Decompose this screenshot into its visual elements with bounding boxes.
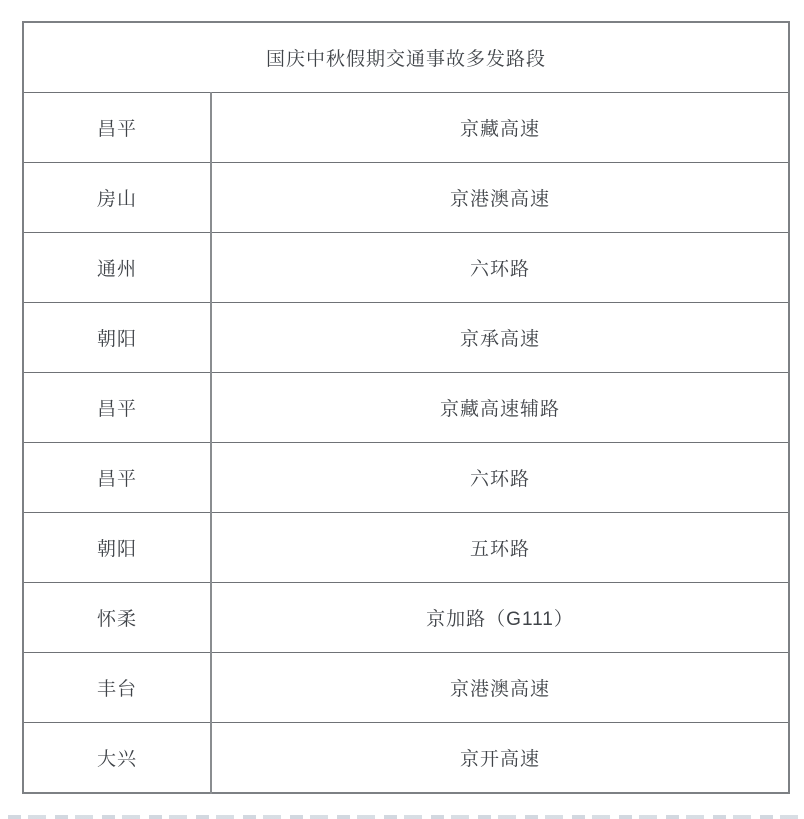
page: 国庆中秋假期交通事故多发路段 昌平京藏高速房山京港澳高速通州六环路朝阳京承高速昌…	[0, 0, 804, 819]
accident-prone-roads-table: 国庆中秋假期交通事故多发路段 昌平京藏高速房山京港澳高速通州六环路朝阳京承高速昌…	[22, 21, 790, 794]
road-cell: 六环路	[211, 233, 789, 303]
table-row: 昌平京藏高速	[23, 93, 789, 163]
table-row: 朝阳五环路	[23, 513, 789, 583]
district-cell: 房山	[23, 163, 211, 233]
district-cell: 通州	[23, 233, 211, 303]
road-cell: 五环路	[211, 513, 789, 583]
road-cell: 京港澳高速	[211, 163, 789, 233]
road-cell: 京开高速	[211, 723, 789, 794]
table-title: 国庆中秋假期交通事故多发路段	[23, 22, 789, 93]
road-cell: 京藏高速辅路	[211, 373, 789, 443]
table-row: 大兴京开高速	[23, 723, 789, 794]
district-cell: 怀柔	[23, 583, 211, 653]
cropped-text-remnant	[8, 815, 804, 819]
road-cell: 京港澳高速	[211, 653, 789, 723]
table-row: 朝阳京承高速	[23, 303, 789, 373]
district-cell: 大兴	[23, 723, 211, 794]
table-row: 怀柔京加路（G111）	[23, 583, 789, 653]
road-cell: 京藏高速	[211, 93, 789, 163]
table-row: 昌平京藏高速辅路	[23, 373, 789, 443]
table-row: 昌平六环路	[23, 443, 789, 513]
table-title-row: 国庆中秋假期交通事故多发路段	[23, 22, 789, 93]
table-row: 通州六环路	[23, 233, 789, 303]
district-cell: 丰台	[23, 653, 211, 723]
district-cell: 昌平	[23, 443, 211, 513]
road-cell: 京加路（G111）	[211, 583, 789, 653]
table-row: 丰台京港澳高速	[23, 653, 789, 723]
road-cell: 京承高速	[211, 303, 789, 373]
road-cell: 六环路	[211, 443, 789, 513]
district-cell: 朝阳	[23, 513, 211, 583]
district-cell: 朝阳	[23, 303, 211, 373]
district-cell: 昌平	[23, 373, 211, 443]
table-row: 房山京港澳高速	[23, 163, 789, 233]
district-cell: 昌平	[23, 93, 211, 163]
